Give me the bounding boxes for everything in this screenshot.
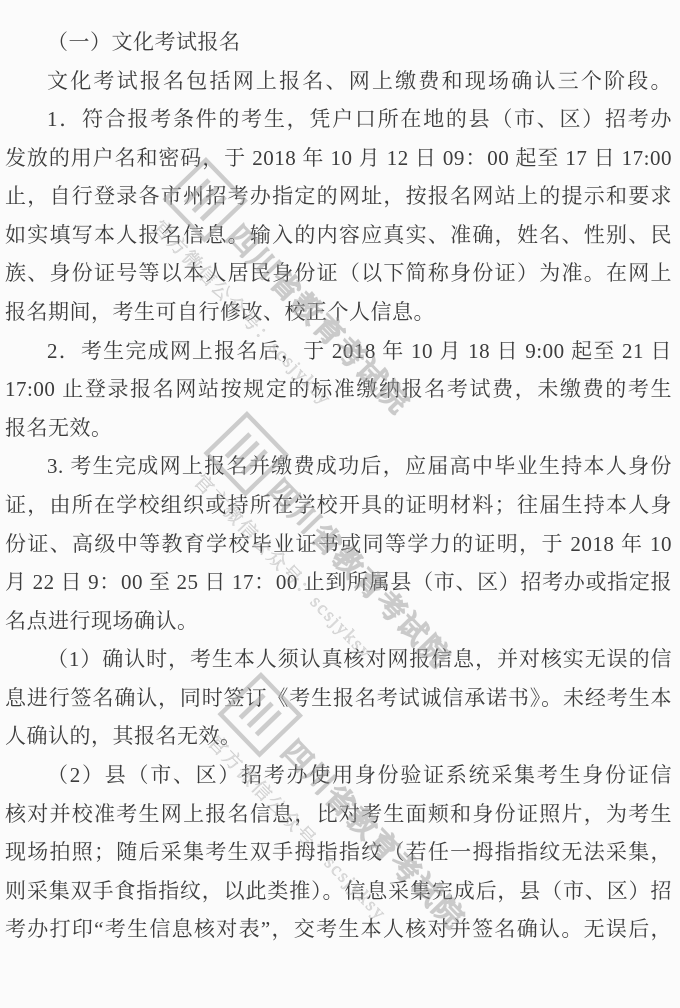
text-line: 月 22 日 9：00 至 25 日 17：00 止到所属县（市、区）招考办或指… [5, 563, 672, 602]
text-line: 发放的用户名和密码，于 2018 年 10 月 12 日 09：00 起至 17… [5, 139, 672, 178]
text-line: 报名期间，考生可自行修改、校正个人信息。 [5, 293, 672, 332]
text-line: 现场拍照；随后采集考生双手拇指指纹（若任一拇指指纹无法采集， [5, 833, 672, 872]
text-line: 族、身份证号等以本人居民身份证（以下简称身份证）为准。在网上 [5, 254, 672, 293]
text-line: 人确认的，其报名无效。 [5, 717, 672, 756]
document-page: （一）文化考试报名文化考试报名包括网上报名、网上缴费和现场确认三个阶段。1．符合… [0, 0, 680, 1008]
text-line: 17:00 止登录报名网站按规定的标准缴纳报名考试费，未缴费的考生 [5, 370, 672, 409]
text-line: 止，自行登录各市州招考办指定的网址，按报名网站上的提示和要求 [5, 177, 672, 216]
text-line: 考办打印“考生信息核对表”，交考生本人核对并签名确认。无误后， [5, 910, 672, 949]
text-line: 息进行签名确认，同时签订《考生报名考试诚信承诺书》。未经考生本 [5, 679, 672, 718]
text-line: （2）县（市、区）招考办使用身份验证系统采集考生身份证信息， [5, 756, 672, 795]
text-line: 报名无效。 [5, 409, 672, 448]
text-line: 则采集双手食指指纹，以此类推）。信息采集完成后，县（市、区）招 [5, 872, 672, 911]
text-line: 核对并校准考生网上报名信息，比对考生面颊和身份证照片，为考生 [5, 795, 672, 834]
document-text-block: （一）文化考试报名文化考试报名包括网上报名、网上缴费和现场确认三个阶段。1．符合… [0, 0, 680, 949]
text-line: 3. 考生完成网上报名并缴费成功后，应届高中毕业生持本人身份 [5, 447, 672, 486]
text-line: （1）确认时，考生本人须认真核对网报信息，并对核实无误的信 [5, 640, 672, 679]
text-line: 如实填写本人报名信息。输入的内容应真实、准确，姓名、性别、民 [5, 216, 672, 255]
text-line: 文化考试报名包括网上报名、网上缴费和现场确认三个阶段。 [5, 62, 672, 101]
text-line: 2．考生完成网上报名后，于 2018 年 10 月 18 日 9:00 起至 2… [5, 332, 672, 371]
text-line: 证，由所在学校组织或持所在学校开具的证明材料；往届生持本人身 [5, 486, 672, 525]
text-line: 份证、高级中等教育学校毕业证书或同等学力的证明，于 2018 年 10 [5, 525, 672, 564]
text-line: （一）文化考试报名 [5, 23, 672, 62]
text-line: 名点进行现场确认。 [5, 602, 672, 641]
text-line: 1．符合报考条件的考生，凭户口所在地的县（市、区）招考办 [5, 100, 672, 139]
